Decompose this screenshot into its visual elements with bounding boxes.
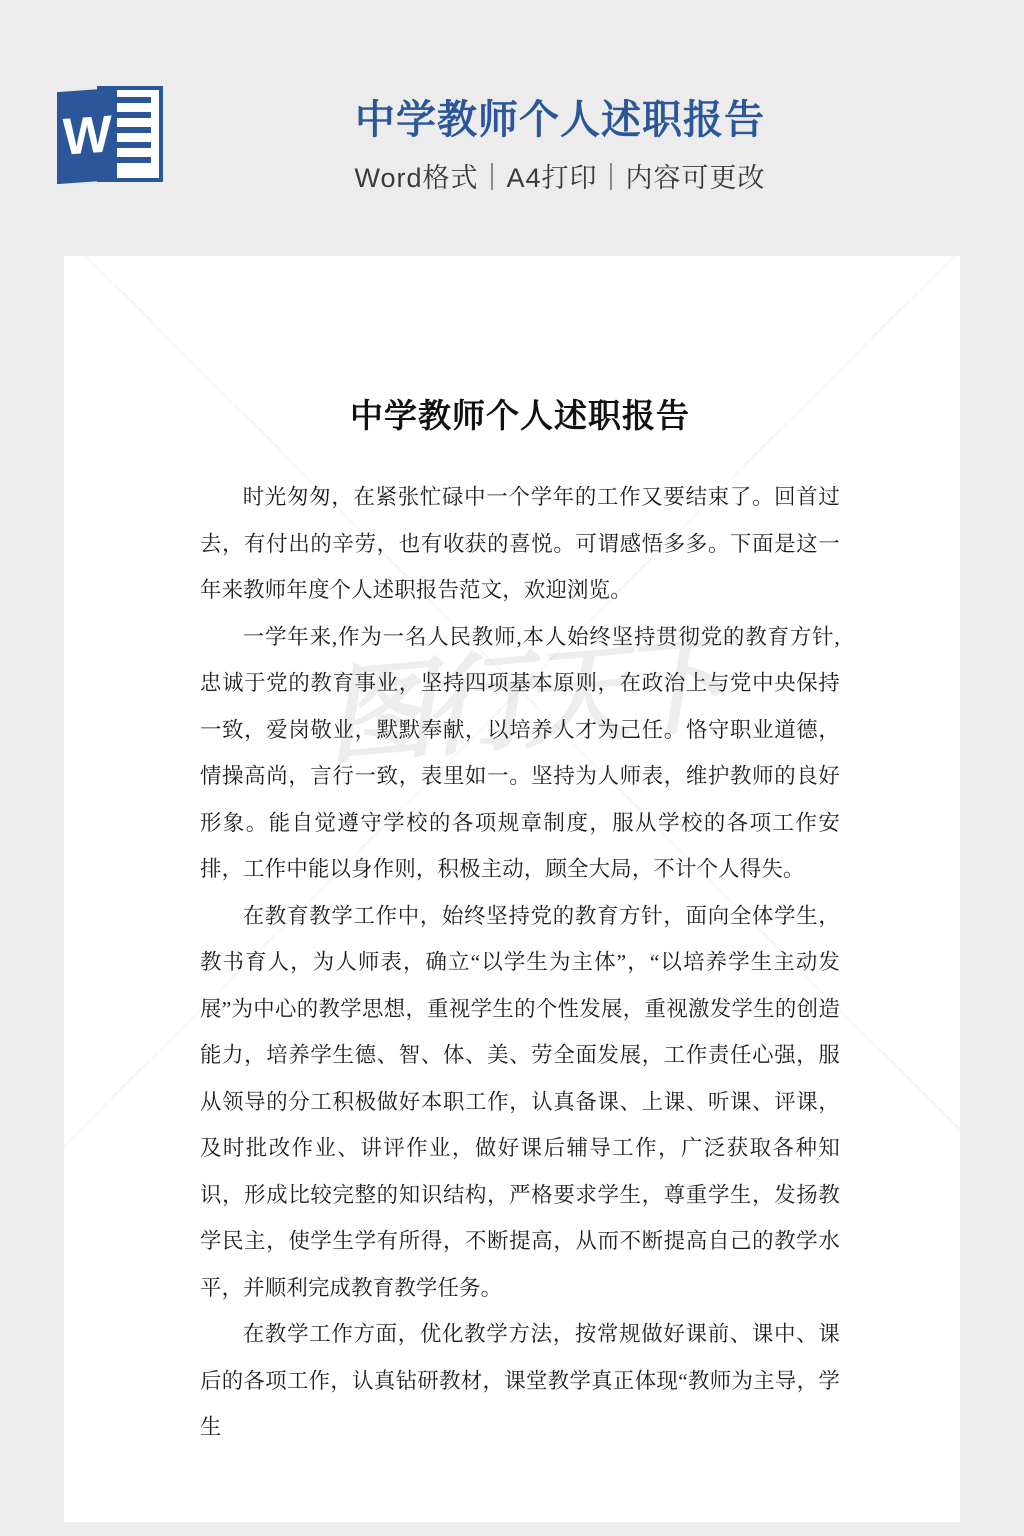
preview-header: W 中学教师个人述职报告 Word格式｜A4打印｜内容可更改 [0,0,1024,256]
doc-paragraph: 一学年来,作为一名人民教师,本人始终坚持贯彻党的教育方针,忠诚于党的教育事业，坚… [200,614,840,893]
document-body: 中学教师个人述职报告 时光匆匆，在紧张忙碌中一个学年的工作又要结束了。回首过去，… [64,256,960,1451]
document-title: 中学教师个人述职报告 [200,392,840,442]
doc-paragraph: 在教学工作方面，优化教学方法，按常规做好课前、课中、课后的各项工作，认真钻研教材… [200,1311,840,1451]
template-title: 中学教师个人述职报告 [96,96,1024,144]
document-page: 图行天下 中学教师个人述职报告 时光匆匆，在紧张忙碌中一个学年的工作又要结束了。… [64,256,960,1522]
doc-paragraph: 时光匆匆，在紧张忙碌中一个学年的工作又要结束了。回首过去，有付出的辛劳，也有收获… [200,474,840,614]
header-text-block: 中学教师个人述职报告 Word格式｜A4打印｜内容可更改 [96,96,1024,195]
template-subtitle: Word格式｜A4打印｜内容可更改 [96,156,1024,195]
doc-paragraph: 在教育教学工作中，始终坚持党的教育方针，面向全体学生，教书育人，为人师表，确立“… [200,893,840,1312]
